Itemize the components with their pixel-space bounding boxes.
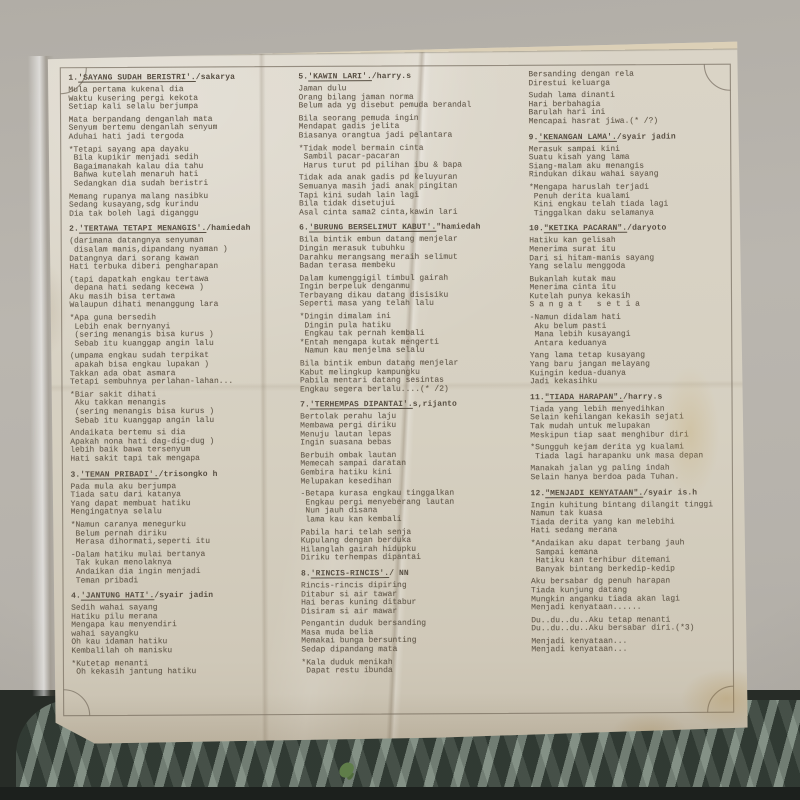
stanza: Bila bintik embun datang menjelarDingin … [299,236,519,272]
lyric-line: Walaupun dihati menanggung lara [70,301,290,311]
lyric-line: Hati sedang merana [531,526,751,536]
lyric-line: Yang selalu menggoda [529,262,749,272]
stanza: Bila bintik embun datang menjelarKabut m… [300,359,520,395]
song-name: 'BURUNG BERSELIMUT KABUT'. [309,223,436,233]
lyric-line: Belum ada yg disebut pemuda berandal [298,102,518,112]
song-number: 11. [530,393,545,402]
lyrics-column-3: Bersanding dengan relaDirestui keluargaS… [528,70,751,719]
song-author: /syair jadin [617,132,676,141]
lyrics-column-1: 1.'SAYANG SUDAH BERISTRI'./sakaryaMula p… [68,73,291,722]
song-name: 'RINCIS-RINCIS'. [311,569,389,578]
lyric-line: Sebab itu kuanggap angin lalu [70,416,290,426]
stanza: *Dingin dimalam ini Dingin pula hatiku E… [300,312,520,356]
song-author: "hamiedah [436,223,480,232]
song-name: 'TERHEMPAS DIPANTAI'. [310,400,413,410]
stanza: Aku bersabar dg penuh harapanTiada kunju… [531,577,751,613]
song-author: /syair jadin [154,591,213,600]
stanza: *Biar sakit dihati Aku takkan menangis (… [70,390,290,426]
lyric-line: Melupakan kesedihan [300,477,520,487]
stanza: Manakah jalan yg paling indahSelain hany… [530,465,750,483]
lyric-line: Jadi kekasihku [530,377,750,387]
stanza: *Kala duduk menikah Dapat restu ibunda [301,658,521,676]
song-block: 12."MENJADI KENYATAAN"./syair is.hIngin … [531,488,752,656]
song-title: 2.'TERTAWA TETAPI MENANGIS'./hamiedah [69,224,289,234]
stanza: *Apa guna bersedih Lebih enak bernyanyi … [70,314,290,350]
song-title: 1.'SAYANG SUDAH BERISTRI'./sakarya [68,73,288,83]
lyric-line: Du..du..du..Aku bersabar diri.(*3) [531,624,751,634]
lyric-line: Menjadi kenyataan...... [531,603,751,613]
stanza: Sedih wahai sayangHatiku pilu meranaMeng… [71,604,291,657]
song-number: 12. [531,489,546,498]
song-number: 9. [529,133,539,142]
lyric-line: Direstui keluarga [528,79,748,89]
song-block: 5.'KAWIN LARI'./harry.sJaman duluOrang b… [298,71,519,217]
lyric-line: Mengingatnya selalu [71,508,291,518]
song-name: "KETIKA PACARAN". [544,224,627,233]
lyric-line: Sedap dipandang mata [301,645,521,655]
photo-scene: 1.'SAYANG SUDAH BERISTRI'./sakaryaMula p… [0,0,800,800]
song-block: 4.'JANTUNG HATI'./syair jadinSedih wahai… [71,591,291,678]
stanza: Du..du..du..Aku tetap menantiDu..du..du.… [531,616,751,634]
lyric-line: Biasanya orangtua jadi pelantara [299,131,519,141]
lyric-line: Engkau segera berlalu....(* /2) [300,385,520,395]
lyric-line: Hati terbuka diberi pengharapan [69,263,289,273]
stanza: *Sungguh kejam derita yg kualami Tiada l… [530,443,750,461]
song-block: 6.'BURUNG BERSELIMUT KABUT'."hamiedahBil… [299,223,520,395]
stanza: Bersanding dengan relaDirestui keluarga [528,70,748,88]
lyric-line: Dia tak boleh lagi diganggu [69,209,289,219]
song-title: 6.'BURUNG BERSELIMUT KABUT'."hamiedah [299,223,519,233]
stanza: Sudah lama dinantiHari berbahagiaBarulah… [528,91,748,127]
stanza: Yang lama tetap kusayangYang baru jangan… [530,352,750,388]
stanza: (umpama engkau sudah terpikat apakah bis… [70,352,290,388]
song-name: 'TERTAWA TETAPI MENANGIS'. [79,224,206,234]
stanza: Andaikata bertemu si diaApakah nona hati… [70,429,290,465]
song-number: 1. [68,74,78,83]
lyric-line: Tiada lagi harapanku unk masa depan [530,452,750,462]
lyric-line: Teman pribadi [71,576,291,586]
lyric-line: Tinggalkan daku selamanya [529,209,749,219]
song-author: s,rijanto [413,400,457,409]
song-block: 7.'TERHEMPAS DIPANTAI'.s,rijantoBertolak… [300,400,521,564]
lyric-line: Disiram si air mawar [301,607,521,617]
lyric-line: Seperti masa yang telah lalu [300,300,520,310]
song-name: 'TEMAN PRIBADI'. [80,470,158,479]
floor-shadow-strip [0,787,800,800]
song-author: /syair is.h [643,488,697,497]
song-author: / NN [389,569,409,578]
song-name: "TIADA HARAPAN". [545,393,623,402]
stanza: Bertolak perahu lajuMembawa pergi diriku… [300,413,520,449]
lyric-line: Meskipun tiap saat menghibur diri [530,431,750,441]
stanza: *Kutetap menanti Oh kekasih jantung hati… [71,659,291,677]
stanza: *Mengapa haruslah terjadi Penuh derita k… [529,183,749,219]
lyric-line: Sedangkan dia sudah beristri [69,179,289,189]
stanza: *Tetapi sayang apa dayaku Bila kupikir m… [69,145,289,189]
stanza: Pada mula aku berjumpaTiada satu dari ka… [70,482,290,518]
song-title: 8.'RINCIS-RINCIS'./ NN [301,568,521,578]
song-title: 5.'KAWIN LARI'./harry.s [298,71,518,81]
song-number: 8. [301,569,311,578]
song-number: 4. [71,592,81,601]
song-title: 7.'TERHEMPAS DIPANTAI'.s,rijanto [300,400,520,410]
lyric-line: Banyak bintang berkedip-kedip [531,565,751,575]
lyric-line: Merasa dihormati,seperti itu [71,538,291,548]
song-name: 'SAYANG SUDAH BERISTRI'. [78,73,196,83]
stanza: Hatiku kan gelisahMenerima surat ituDari… [529,236,749,272]
lyric-line: Oh kekasih jantung hatiku [71,668,291,678]
stanza: Rincis-rincis dipiringDitabur si air taw… [301,581,521,617]
stanza: Merasuk sampai kiniSuatu kisah yang lama… [529,145,749,181]
lyrics-column-2: 5.'KAWIN LARI'./harry.sJaman duluOrang b… [298,71,521,720]
lyric-line: Setiap kali selalu berjumpa [68,103,288,113]
song-name: "MENJADI KENYATAAN". [545,488,643,498]
song-name: 'KENANGAN LAMA'. [538,132,616,141]
lyric-line: Diriku terhempas dipantai [301,554,521,564]
stanza: Tiada yang lebih menyedihkanSelain kehil… [530,405,750,441]
lyric-line: Rindukan dikau wahai sayang [529,170,749,180]
lyric-line: Harus turut pd pilihan ibu & bapa [299,161,519,171]
song-block: 2.'TERTAWA TETAPI MENANGIS'./hamiedah(da… [69,224,290,464]
stanza: Ingin kuhitung bintang dilangit tinggiNa… [531,501,751,537]
lyric-line: S a n g a t s e t i a [530,301,750,311]
lyric-sheet: 1.'SAYANG SUDAH BERISTRI'./sakaryaMula p… [42,40,748,744]
song-number: 7. [300,401,310,410]
lyric-line: Namun kau menjelma selalu [300,347,520,357]
song-block: Bersanding dengan relaDirestui keluargaS… [528,70,748,127]
song-author: /harry.s [623,392,662,401]
lyric-line: Antara keduanya [530,339,750,349]
song-number: 2. [69,225,79,234]
lyric-line: Kembalilah oh manisku [71,647,291,657]
song-name: 'JANTUNG HATI'. [81,591,155,600]
lyric-line: Ingin suasana bebas [300,439,520,449]
stanza: Bukanlah kutak mauMenerima cinta ituKute… [529,275,749,311]
song-author: /harry.s [372,72,411,81]
stanza: -Namun didalam hati Aku belum pasti Mana… [530,313,750,349]
lyric-line: Asal cinta sama2 cinta,kawin lari [299,208,519,218]
stanza: Mula pertama kukenal diaWaktu kusering p… [68,86,288,113]
lyric-line: Dapat restu ibunda [301,667,521,677]
lyric-line: Badan terasa membeku [299,261,519,271]
stanza: Memang rupanya malang nasibkuSedang kusa… [69,192,289,219]
stanza: Jaman duluOrang bilang jaman normaBelum … [298,84,518,111]
stanza: Bila seorang pemuda inginMendapat gadis … [299,114,519,141]
song-block: 3.'TEMAN PRIBADI'./trisongko hPada mula … [70,469,291,586]
lyric-line: Aduhai hati jadi tergoda [69,133,289,143]
song-title: 3.'TEMAN PRIBADI'./trisongko h [70,469,290,479]
stanza: Pabila hari telah senjaKupulang dengan b… [301,528,521,564]
stanza: *Andaikan aku dapat terbang jauh Sampai … [531,539,751,575]
stanza: Berbuih ombak lautanMemecah sampai darat… [300,451,520,487]
stanza: -Dalam hatiku mulai bertanya Tak kukan m… [71,550,291,586]
song-title: 12."MENJADI KENYATAAN"./syair is.h [531,488,751,498]
song-author: /trisongko h [159,469,218,478]
song-block: 10."KETIKA PACARAN"./daryotoHatiku kan g… [529,223,750,387]
song-number: 6. [299,224,309,233]
stanza: Tidak ada anak gadis pd keluyuranSemuany… [299,174,519,218]
stanza: Mata berpandang denganlah mataSenyum ber… [69,115,289,142]
song-title: 11."TIADA HARAPAN"./harry.s [530,392,750,402]
lyric-line: Mencapai hasrat jiwa.(* /?) [529,117,749,127]
lyric-line: Selain hanya berdoa pada Tuhan. [530,473,750,483]
lyrics-columns: 1.'SAYANG SUDAH BERISTRI'./sakaryaMula p… [68,70,733,721]
song-block: 11."TIADA HARAPAN"./harry.sTiada yang le… [530,392,750,483]
stanza: Dalam kumenggigil timbul gairahIngin ber… [299,274,519,310]
stanza: Pengantin duduk bersandingMasa muda beli… [301,620,521,656]
song-number: 10. [529,225,544,234]
song-number: 3. [70,470,80,479]
song-title: 4.'JANTUNG HATI'./syair jadin [71,591,291,601]
song-author: /sakarya [196,73,235,82]
lyric-line: Tetapi sembuhnya perlahan-lahan... [70,378,290,388]
stanza: (tapi dapatkah engkau tertawa depana hat… [69,275,289,311]
song-title: 9.'KENANGAN LAMA'./syair jadin [529,132,749,142]
stanza: (darimana datangnya senyuman disalam man… [69,237,289,273]
lyric-line: Sebab itu kuanggap angin lalu [70,339,290,349]
song-author: /daryoto [627,224,666,233]
stanza: *Namun caranya menegurku Belum pernah di… [71,520,291,547]
song-author: /hamiedah [206,224,250,233]
lyric-line: Menjadi kenyataan... [531,646,751,656]
lyric-line: lama kau kan kembali [301,515,521,525]
lyric-line: Hati sakit tapi tak mengapa [70,455,290,465]
song-block: 9.'KENANGAN LAMA'./syair jadinMerasuk sa… [529,132,749,219]
song-block: 1.'SAYANG SUDAH BERISTRI'./sakaryaMula p… [68,73,289,219]
song-number: 5. [298,72,308,81]
stanza: Menjadi kenyataan...Menjadi kenyataan... [531,637,751,655]
song-name: 'KAWIN LARI'. [308,72,372,81]
song-block: 8.'RINCIS-RINCIS'./ NNRincis-rincis dipi… [301,568,522,676]
stanza: *Tidak model bermain cinta Sambil pacar-… [299,144,519,171]
song-title: 10."KETIKA PACARAN"./daryoto [529,223,749,233]
stanza: -Betapa kurasa engkau tinggalkan Engkau … [301,490,521,526]
